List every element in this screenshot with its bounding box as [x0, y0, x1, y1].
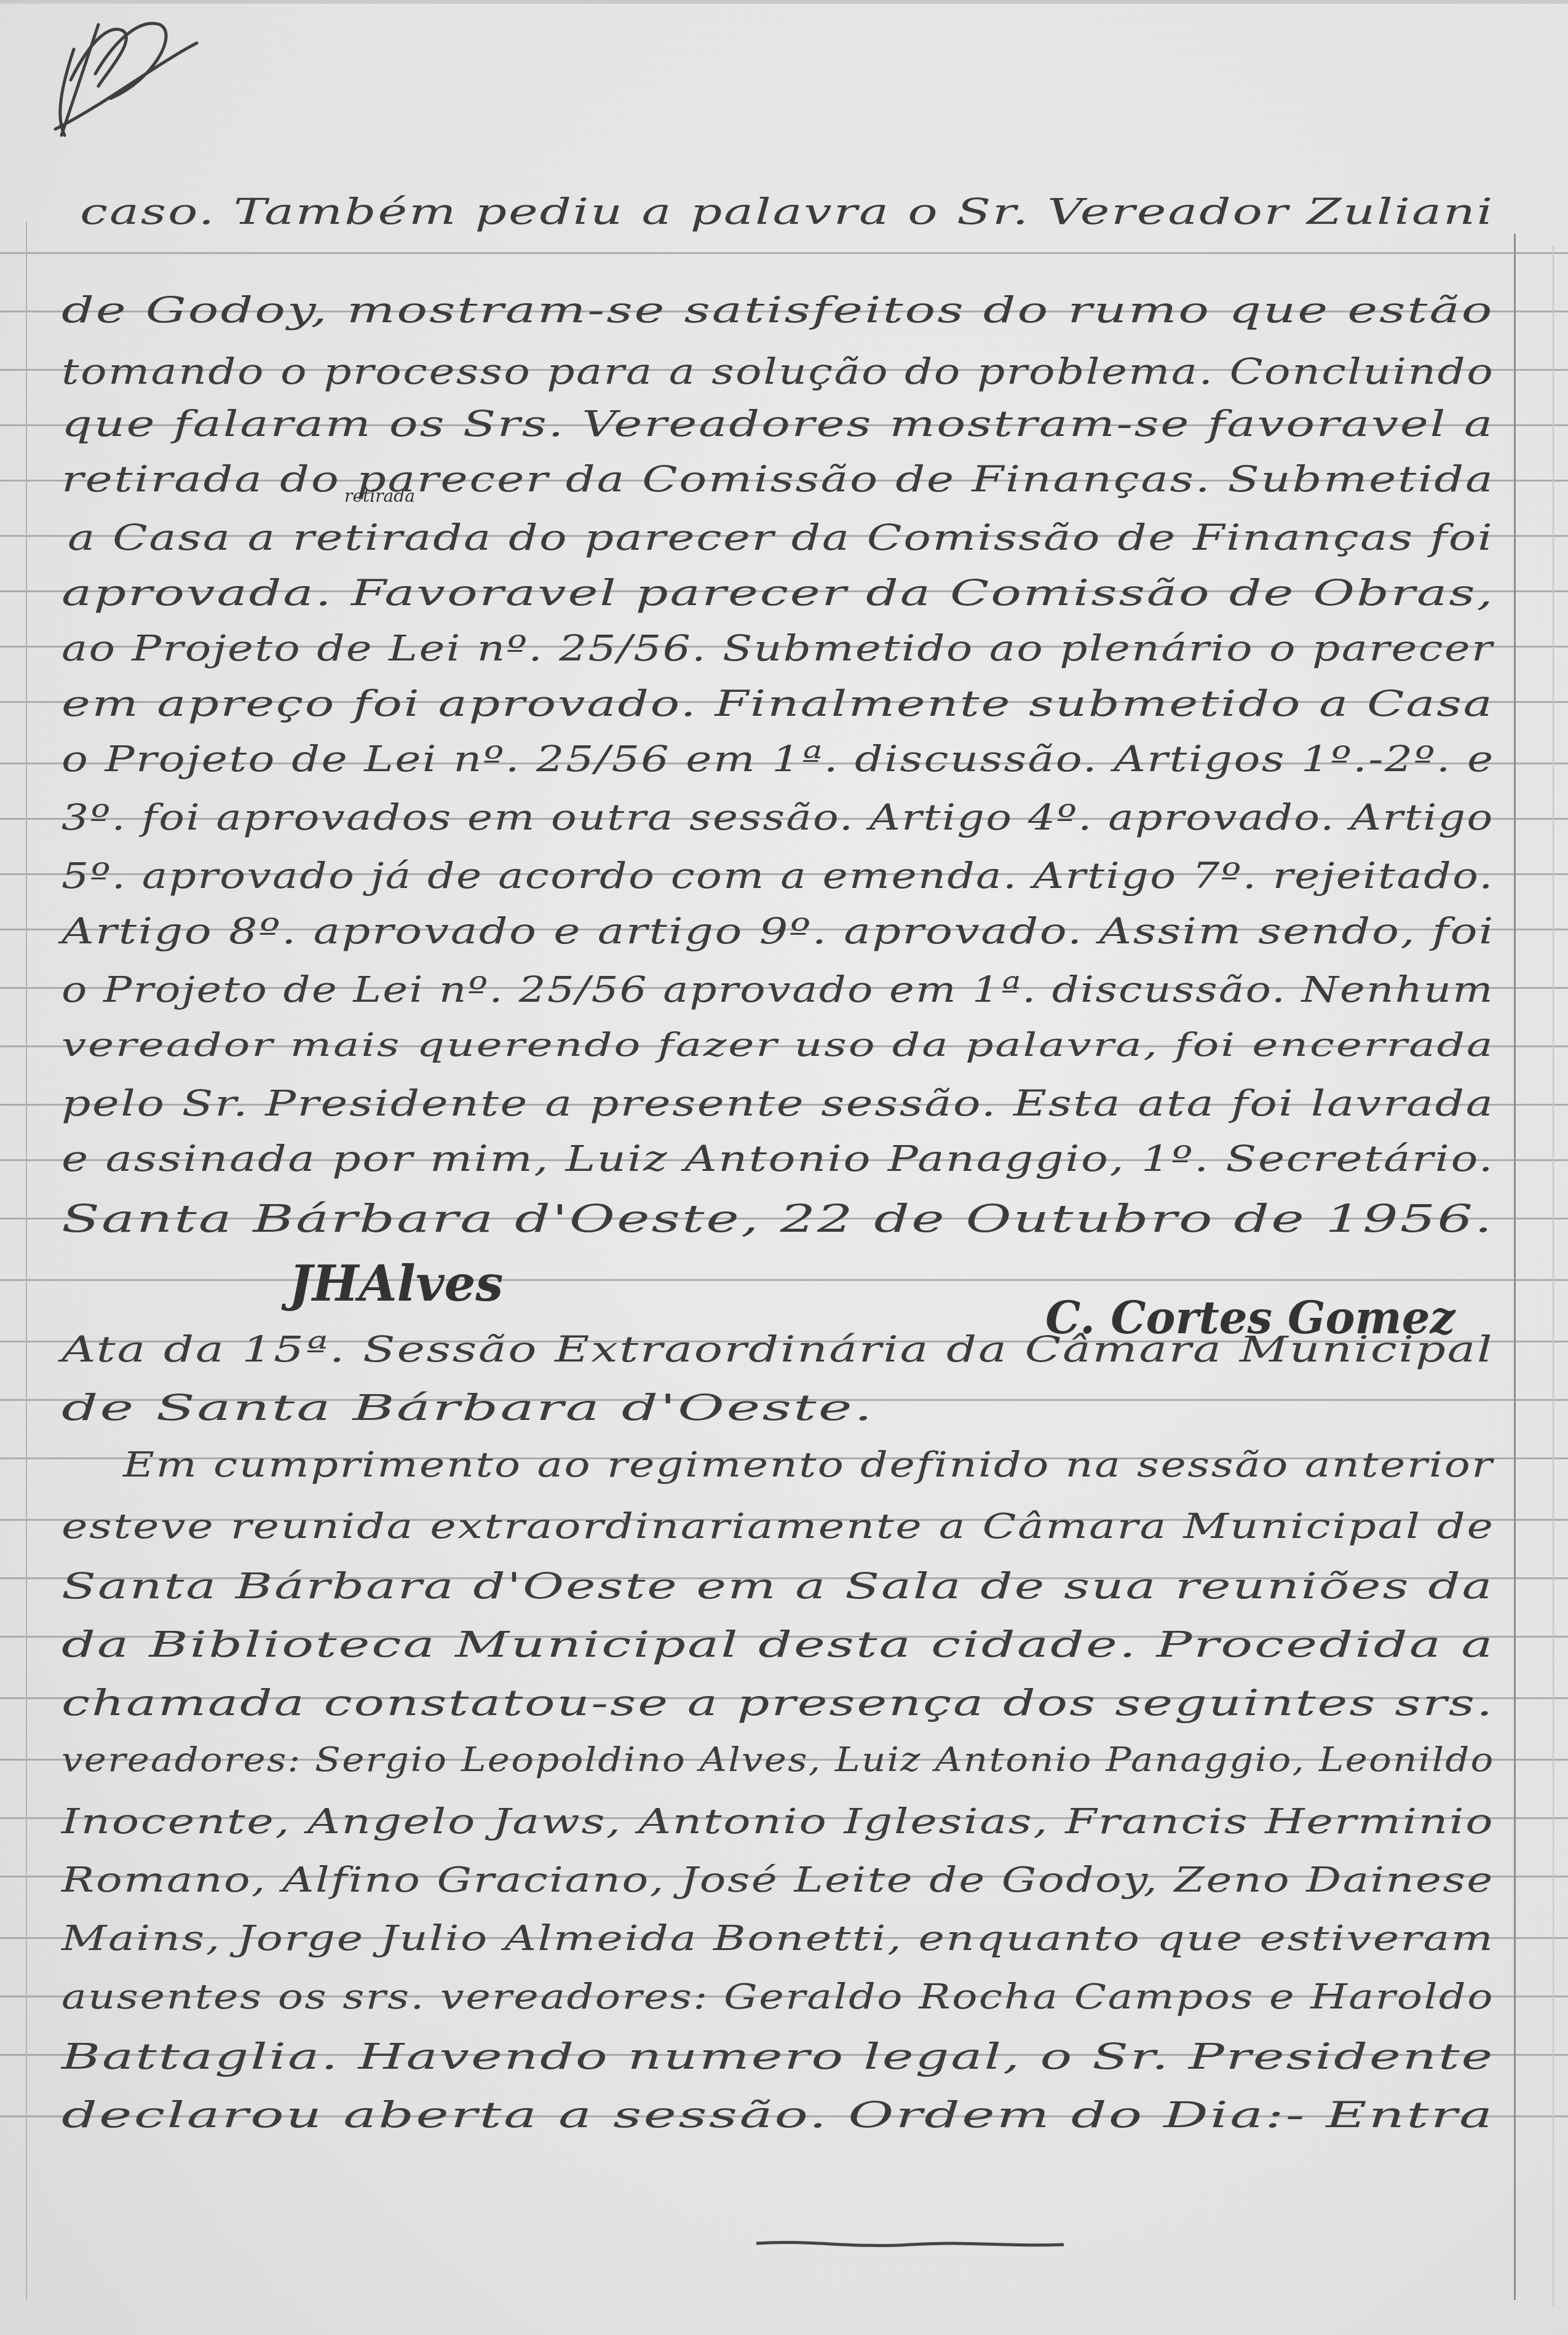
- signature: C. Cortes Gomez: [1045, 1291, 1455, 1344]
- handwritten-line: vereadores: Sergio Leopoldino Alves, Lui…: [0, 1740, 1568, 1779]
- line-text: Artigo 8º. aprovado e artigo 9º. aprovad…: [61, 910, 1495, 952]
- line-text: vereador mais querendo fazer uso da pala…: [61, 1027, 1494, 1064]
- line-text: Em cumprimento ao regimento definido na …: [123, 1445, 1494, 1485]
- handwritten-line: Battaglia. Havendo numero legal, o Sr. P…: [0, 2036, 1568, 2077]
- line-text: que falaram os Srs. Vereadores mostram-s…: [61, 403, 1494, 445]
- handwritten-line: Romano, Alfino Graciano, José Leite de G…: [0, 1860, 1568, 1900]
- handwritten-line: vereador mais querendo fazer uso da pala…: [0, 1027, 1568, 1064]
- handwritten-line: Santa Bárbara d'Oeste em a Sala de sua r…: [0, 1565, 1568, 1607]
- handwritten-line: retirada do parecer da Comissão de Finan…: [0, 458, 1568, 500]
- handwritten-line: o Projeto de Lei nº. 25/56 em 1ª. discus…: [0, 738, 1568, 780]
- line-text: esteve reunida extraordinariamente a Câm…: [61, 1507, 1495, 1547]
- line-text: chamada constatou-se a presença dos segu…: [61, 1682, 1494, 1724]
- line-text: o Projeto de Lei nº. 25/56 aprovado em 1…: [61, 969, 1494, 1010]
- line-text: pelo Sr. Presidente a presente sessão. E…: [61, 1082, 1494, 1124]
- line-text: vereadores: Sergio Leopoldino Alves, Lui…: [61, 1740, 1495, 1779]
- handwritten-line: a Casa a retirada do parecer da Comissão…: [0, 517, 1568, 558]
- handwritten-line: 3º. foi aprovados em outra sessão. Artig…: [0, 796, 1568, 838]
- line-text: a Casa a retirada do parecer da Comissão…: [68, 517, 1494, 558]
- handwritten-line: de Godoy, mostram-se satisfeitos do rumo…: [0, 289, 1568, 331]
- handwritten-line: e assinada por mim, Luiz Antonio Panaggi…: [0, 1138, 1568, 1179]
- handwritten-line: o Projeto de Lei nº. 25/56 aprovado em 1…: [0, 969, 1568, 1010]
- handwritten-line: chamada constatou-se a presença dos segu…: [0, 1682, 1568, 1724]
- line-text: retirada do parecer da Comissão de Finan…: [61, 458, 1494, 500]
- handwritten-line: Mains, Jorge Julio Almeida Bonetti, enqu…: [0, 1919, 1568, 1959]
- line-text: ausentes os srs. vereadores: Geraldo Roc…: [61, 1977, 1494, 2017]
- handwritten-line: ausentes os srs. vereadores: Geraldo Roc…: [0, 1977, 1568, 2017]
- line-text: tomando o processo para a solução do pro…: [61, 351, 1494, 392]
- line-text: o Projeto de Lei nº. 25/56 em 1ª. discus…: [61, 738, 1495, 780]
- handwritten-line: 5º. aprovado já de acordo com a emenda. …: [0, 855, 1568, 897]
- handwritten-line: da Biblioteca Municipal desta cidade. Pr…: [0, 1623, 1568, 1665]
- line-text: da Biblioteca Municipal desta cidade. Pr…: [61, 1623, 1494, 1665]
- handwritten-line: que falaram os Srs. Vereadores mostram-s…: [0, 403, 1568, 445]
- line-text: de Santa Bárbara d'Oeste.: [61, 1387, 874, 1429]
- handwritten-line: declarou aberta a sessão. Ordem do Dia:-…: [0, 2094, 1568, 2136]
- handwritten-line: Inocente, Angelo Jaws, Antonio Iglesias,…: [0, 1802, 1568, 1842]
- line-text: e assinada por mim, Luiz Antonio Panaggi…: [61, 1138, 1494, 1179]
- line-text: Inocente, Angelo Jaws, Antonio Iglesias,…: [61, 1802, 1494, 1842]
- handwritten-line: Artigo 8º. aprovado e artigo 9º. aprovad…: [0, 910, 1568, 952]
- handwritten-line: ao Projeto de Lei nº. 25/56. Submetido a…: [0, 627, 1568, 669]
- handwritten-line: Santa Bárbara d'Oeste, 22 de Outubro de …: [0, 1196, 1568, 1241]
- ruled-line: [0, 1279, 1568, 1281]
- handwritten-line: pelo Sr. Presidente a presente sessão. E…: [0, 1082, 1568, 1124]
- line-text: de Godoy, mostram-se satisfeitos do rumo…: [61, 289, 1494, 331]
- line-text: ao Projeto de Lei nº. 25/56. Submetido a…: [61, 627, 1494, 669]
- line-text: Santa Bárbara d'Oeste, 22 de Outubro de …: [61, 1196, 1494, 1241]
- line-text: aprovada. Favoravel parecer da Comissão …: [61, 572, 1495, 614]
- initials-mark: [37, 12, 221, 154]
- handwritten-line: caso. Também pediu a palavra o Sr. Verea…: [0, 191, 1568, 232]
- line-text: Mains, Jorge Julio Almeida Bonetti, enqu…: [61, 1919, 1494, 1959]
- line-text: em apreço foi aprovado. Finalmente subme…: [61, 683, 1494, 724]
- page-top-edge: [0, 0, 1568, 4]
- handwritten-line: Em cumprimento ao regimento definido na …: [0, 1445, 1568, 1485]
- line-text: Battaglia. Havendo numero legal, o Sr. P…: [61, 2036, 1494, 2077]
- handwritten-line: de Santa Bárbara d'Oeste.: [0, 1387, 1568, 1429]
- line-text: 3º. foi aprovados em outra sessão. Artig…: [61, 796, 1494, 838]
- document-page: caso. Também pediu a palavra o Sr. Verea…: [0, 0, 1568, 2335]
- handwritten-line: em apreço foi aprovado. Finalmente subme…: [0, 683, 1568, 724]
- line-text: Santa Bárbara d'Oeste em a Sala de sua r…: [61, 1565, 1494, 1607]
- handwritten-line: tomando o processo para a solução do pro…: [0, 351, 1568, 392]
- line-text: Romano, Alfino Graciano, José Leite de G…: [61, 1860, 1494, 1900]
- signature: JHAlves: [289, 1255, 503, 1312]
- interlinear-insertion: retirada: [344, 486, 415, 506]
- ordem-do-dia-underline: [756, 2238, 1064, 2251]
- line-text: caso. Também pediu a palavra o Sr. Verea…: [80, 191, 1494, 232]
- handwritten-line: aprovada. Favoravel parecer da Comissão …: [0, 572, 1568, 614]
- handwritten-line: esteve reunida extraordinariamente a Câm…: [0, 1507, 1568, 1547]
- line-text: 5º. aprovado já de acordo com a emenda. …: [61, 855, 1494, 897]
- ruled-line: [0, 252, 1568, 254]
- line-text: declarou aberta a sessão. Ordem do Dia:-…: [61, 2094, 1494, 2136]
